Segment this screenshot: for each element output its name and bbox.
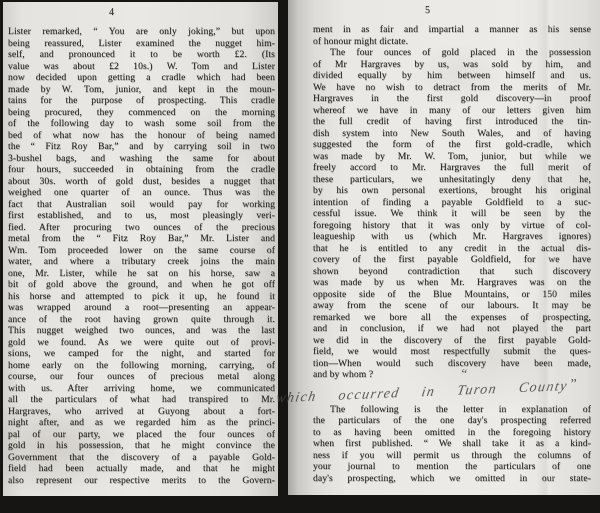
- page-5: 5 ment in as fair and impartial a manner…: [288, 0, 600, 495]
- text-line: cessful issue. We think it will be seen …: [313, 208, 591, 220]
- text-line: now decided upon getting a cradle which …: [8, 72, 275, 84]
- page-5-text-column: ment in as fair and impartial a manner a…: [313, 24, 591, 484]
- text-line: remarked we bore all the expenses of pro…: [313, 312, 591, 324]
- text-line: The four ounces of gold placed in the po…: [313, 47, 591, 59]
- text-line: and by whom ?: [313, 369, 591, 381]
- text-line: This nugget weighed two ounces, and was …: [8, 325, 275, 337]
- text-line: metal from the “ Fitz Roy Bar,” Mr. List…: [8, 233, 275, 245]
- text-line: ness if you will permit us through the c…: [313, 450, 591, 462]
- text-line: Lister remarked, “ You are only joking,”…: [8, 26, 275, 38]
- text-line: 3-bushel bags, and washing the same for …: [8, 153, 275, 165]
- text-line: to as having been omitted in the foregoi…: [313, 427, 591, 439]
- text-line: these particulars, we unhesitatingly den…: [313, 174, 591, 186]
- text-line: Hargraves in the first gold discovery—in…: [313, 93, 591, 105]
- text-line: was made by Mr. W. Tom, junior, but whil…: [313, 151, 591, 163]
- text-line: his horse and attempted to pick it up, h…: [8, 291, 275, 303]
- text-line: pal of our party, we placed the four oun…: [8, 429, 275, 441]
- text-line: gold we found. As we were quite out of p…: [8, 337, 275, 349]
- text-line: when first published. “ We shall take it…: [313, 438, 591, 450]
- text-line: Wm. Tom proceeded lower on the same cour…: [8, 245, 275, 257]
- text-line: field had been actually made, and that h…: [8, 463, 275, 475]
- scan-background: { "book": { "left_page": { "page_number"…: [0, 0, 600, 513]
- text-line: weighed one quarter of an ounce. Thus wa…: [8, 187, 275, 199]
- text-line: suggested the form of the first gold-cra…: [313, 139, 591, 151]
- text-line: with us. After arriving home, we communi…: [8, 383, 275, 395]
- page-number: 4: [109, 7, 114, 18]
- text-line: night after, and as we regarded him as t…: [8, 417, 275, 429]
- text-line: leagueship with us (which Mr. Hargraves …: [313, 231, 591, 243]
- text-line: being procured, they commenced on the mo…: [8, 107, 275, 119]
- text-line: fact that Australian soil would pay for …: [8, 199, 275, 211]
- text-line: about 30s. worth of gold dust, besides a…: [8, 176, 275, 188]
- text-line: Government that the discovery of a payab…: [8, 452, 275, 464]
- page-number: 5: [425, 5, 430, 16]
- text-line: self, and pronounced it to be worth £2. …: [8, 49, 275, 61]
- text-line: we did in the discovery of the first pay…: [313, 335, 591, 347]
- text-line: home early on the following morning, car…: [8, 360, 275, 372]
- text-line: four hours, succeeded in obtaining from …: [8, 164, 275, 176]
- text-line: the full credit of having first introduc…: [313, 116, 591, 128]
- text-line: and in conclusion, if we had not played …: [313, 323, 591, 335]
- text-line: intention of finding a payable Goldfield…: [313, 197, 591, 209]
- text-line: away from the scene of our labours. It m…: [313, 300, 591, 312]
- text-line: shown beyond contradiction that such dis…: [313, 266, 591, 278]
- text-line: bit of gold above the ground, and when h…: [8, 279, 275, 291]
- text-line: The following is the letter in explanati…: [313, 404, 591, 416]
- handwritten-quote-mark: ”: [569, 377, 577, 393]
- text-line: was wrapped around a root—presenting an …: [8, 302, 275, 314]
- text-line: field, we would most respectfully submit…: [313, 346, 591, 358]
- text-line: tains for the purpose of prospecting. Th…: [8, 95, 275, 107]
- text-line: divided equally by him between himself a…: [313, 70, 591, 82]
- text-line: one, Mr. Lister, while he sat on his hor…: [8, 268, 275, 280]
- text-line: first established, and to us, most pleas…: [8, 210, 275, 222]
- text-line: opposite side of the Blue Mountains, or …: [313, 289, 591, 301]
- text-line: foregoing history that it was only by vi…: [313, 220, 591, 232]
- text-line: water, and where a tributary creek joins…: [8, 256, 275, 268]
- text-line: fied. After procuring two ounces of the …: [8, 222, 275, 234]
- text-line: tion—When would such discovery have been…: [313, 358, 591, 370]
- text-line: ment in as fair and impartial a manner a…: [313, 24, 591, 36]
- text-line: We have no wish to detract from the meri…: [313, 82, 591, 94]
- page-4-text-column: Lister remarked, “ You are only joking,”…: [8, 26, 275, 486]
- text-line: also represent our respective merits to …: [8, 475, 275, 487]
- text-line: the “ Fitz Roy Bar,” and by carrying soi…: [8, 141, 275, 153]
- text-line: course, our four ounces of precious meta…: [8, 371, 275, 383]
- text-line: freely accord to Mr. Hargraves the full …: [313, 162, 591, 174]
- text-line: of Mr Hargraves by us, was sold by him, …: [313, 59, 591, 71]
- text-line: sions, we camped for the night, and star…: [8, 348, 275, 360]
- text-line: of honour might dictate.: [313, 36, 591, 48]
- text-line: ance of the root having grown quite thro…: [8, 314, 275, 326]
- text-line: of the following day to wash some soil f…: [8, 118, 275, 130]
- text-line: the particulars of the one day's prospec…: [313, 415, 591, 427]
- text-line: day's prospecting, which we omitted in o…: [313, 473, 591, 485]
- text-line: Hargraves, who arrived at Guyong about a…: [8, 406, 275, 418]
- text-line: gold in his possession, that he might co…: [8, 440, 275, 452]
- text-line: was made by us when Mr. Hargraves was on…: [313, 277, 591, 289]
- text-line: covery of the first payable Goldfield, f…: [313, 254, 591, 266]
- text-line: bed of what now has the honour of being …: [8, 130, 275, 142]
- text-line: your journal to mention the particulars …: [313, 461, 591, 473]
- text-line: by his own personal exertions, brought h…: [313, 185, 591, 197]
- text-line: whereof we have in many of our letters g…: [313, 105, 591, 117]
- text-line: dish system into New South Wales, and of…: [313, 128, 591, 140]
- text-line: all the particulars of what had transpir…: [8, 394, 275, 406]
- text-line: that he is entitled to any credit in the…: [313, 243, 591, 255]
- text-line: value was about £2 10s.) W. Tom and List…: [8, 61, 275, 73]
- page-4: 4 Lister remarked, “ You are only joking…: [3, 2, 278, 496]
- text-line: made by W. Tom, junior, and kept in the …: [8, 84, 275, 96]
- text-line: being reassured, Lister examined the nug…: [8, 38, 275, 50]
